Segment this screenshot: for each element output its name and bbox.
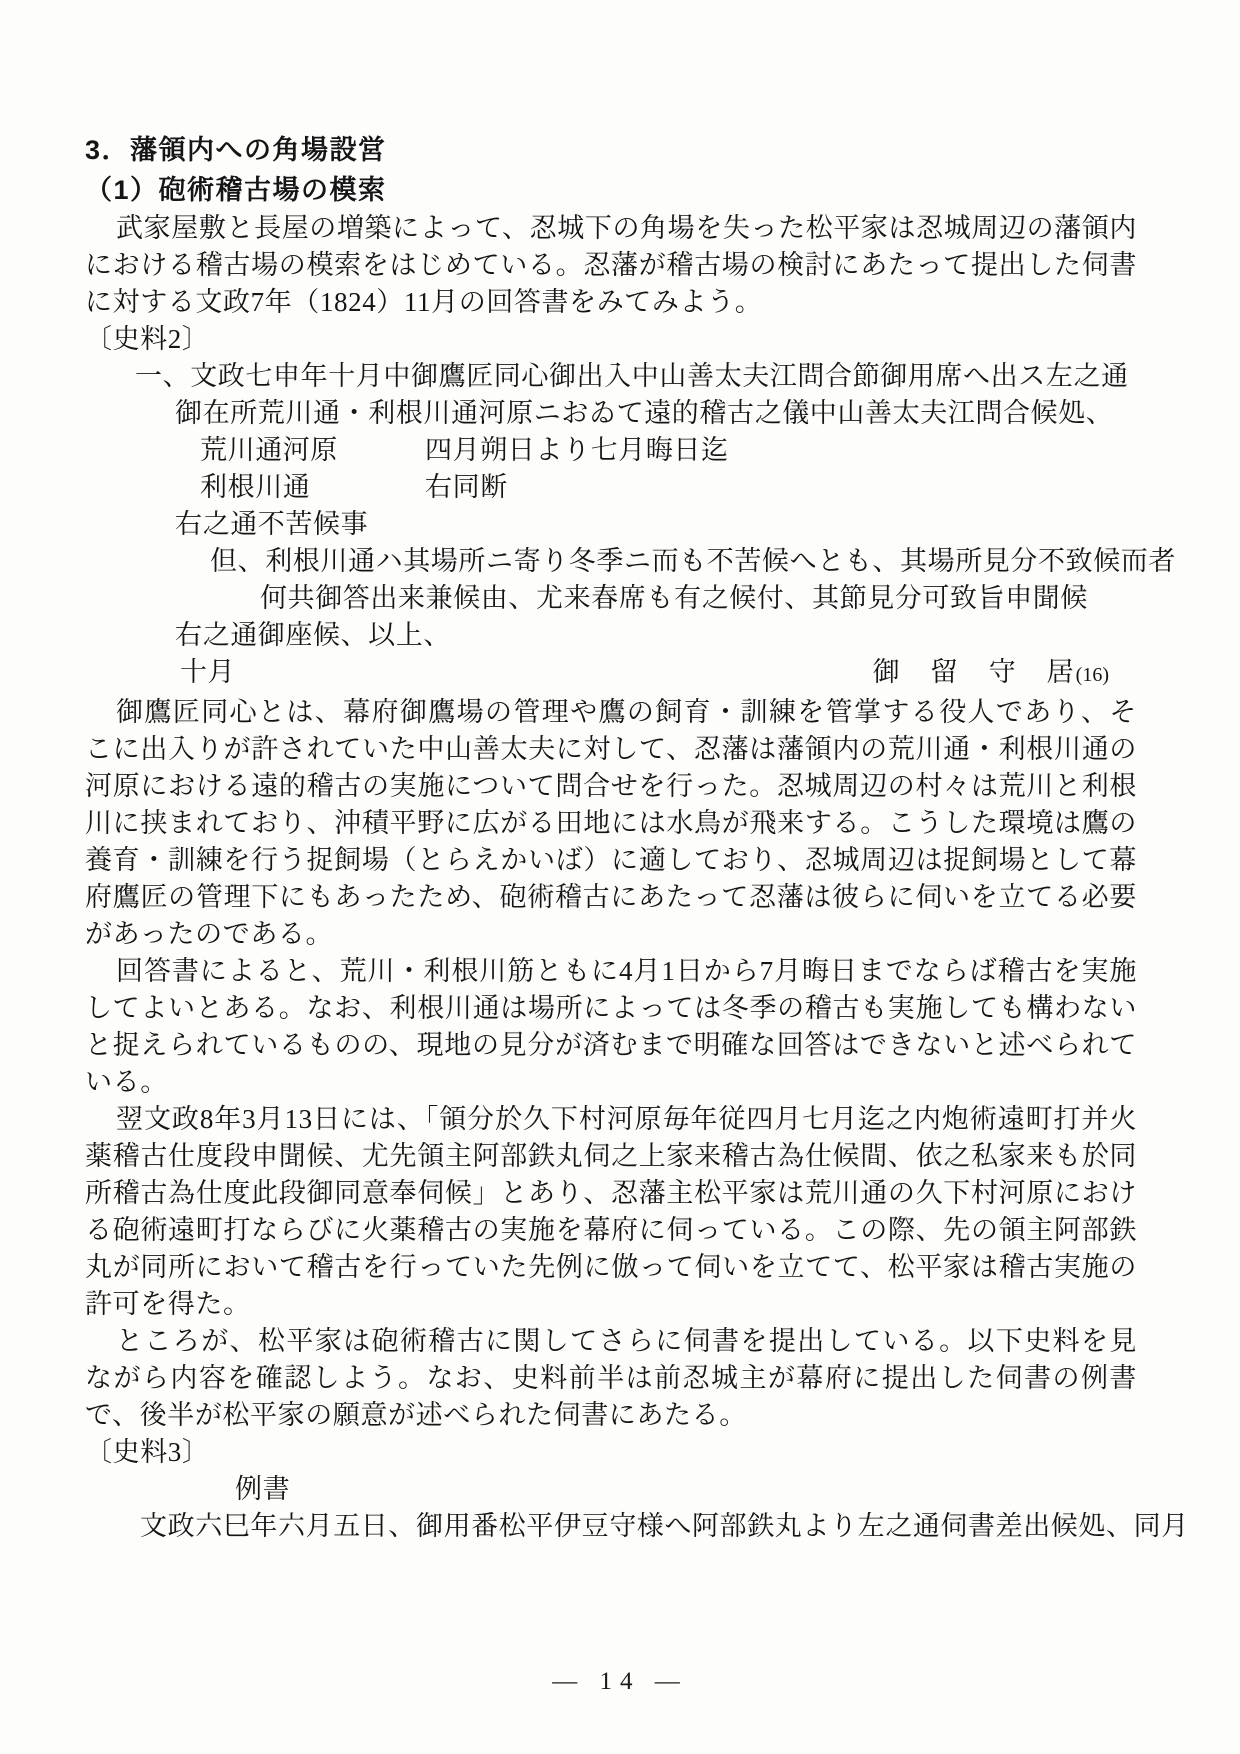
page-content: 3．藩領内への角場設営 （1）砲術稽古場の模索 武家屋敷と長屋の増築によって、忍… xyxy=(85,130,1137,1545)
source3-line: 文政六巳年六月五日、御用番松平伊豆守様へ阿部鉄丸より左之通伺書差出候処、同月 xyxy=(85,1508,1137,1545)
paragraph-bunsei8: 翌文政8年3月13日には、「領分於久下村河原毎年従四月七月迄之内炮術遠町打并火薬… xyxy=(85,1101,1137,1323)
period-value: 右同断 xyxy=(425,469,508,506)
subsection-heading: （1）砲術稽古場の模索 xyxy=(85,170,1137,210)
period-value: 四月朔日より七月晦日迄 xyxy=(425,432,729,469)
source2-line-head: 一、文政七申年十月中御鷹匠同心御出入中山善太夫江問合節御用席へ出ス左之通 xyxy=(85,358,1137,395)
source2-signature-line: 十月 御 留 守 居(16) xyxy=(85,654,1137,694)
river-name: 荒川通河原 xyxy=(200,432,425,469)
source2-table-row: 利根川通 右同断 xyxy=(85,469,1137,506)
river-name: 利根川通 xyxy=(200,469,425,506)
source3-title: 例書 xyxy=(85,1471,1137,1508)
source2-line-closing: 右之通御座候、以上、 xyxy=(85,617,1137,654)
source2-table-row: 荒川通河原 四月朔日より七月晦日迄 xyxy=(85,432,1137,469)
source3-label: 〔史料3〕 xyxy=(85,1434,1137,1471)
paragraph-tokoroga: ところが、松平家は砲術稽古に関してさらに伺書を提出している。以下史料を見ながら内… xyxy=(85,1323,1137,1434)
date-label: 十月 xyxy=(180,654,235,691)
signature: 御 留 守 居(16) xyxy=(873,654,1109,694)
paragraph-kaitosho: 回答書によると、荒川・利根川筋ともに4月1日から7月晦日までならば稽古を実施して… xyxy=(85,953,1137,1101)
page-number: — 14 — xyxy=(0,1668,1240,1696)
source2-line-inquiry: 御在所荒川通・利根川通河原ニおゐて遠的稽古之儀中山善太夫江問合候処、 xyxy=(85,395,1137,432)
source2-line-note2: 何共御答出来兼候由、尤来春席も有之候付、其節見分可致旨申聞候 xyxy=(85,580,1137,617)
signature-name: 御 留 守 居 xyxy=(873,657,1076,687)
paragraph-intro: 武家屋敷と長屋の増築によって、忍城下の角場を失った松平家は忍城周辺の藩領内におけ… xyxy=(85,210,1137,321)
source2-line-note1: 但、利根川通ハ其場所ニ寄り冬季ニ而も不苦候へとも、其場所見分不致候而者 xyxy=(85,543,1137,580)
source2-line-approval: 右之通不苦候事 xyxy=(85,506,1137,543)
paragraph-takajo: 御鷹匠同心とは、幕府御鷹場の管理や鷹の飼育・訓練を管掌する役人であり、そこに出入… xyxy=(85,694,1137,953)
source2-label: 〔史料2〕 xyxy=(85,321,1137,358)
document-page: 3．藩領内への角場設営 （1）砲術稽古場の模索 武家屋敷と長屋の増築によって、忍… xyxy=(0,0,1240,1754)
footnote-ref: (16) xyxy=(1076,664,1109,686)
section-heading: 3．藩領内への角場設営 xyxy=(85,130,1137,170)
